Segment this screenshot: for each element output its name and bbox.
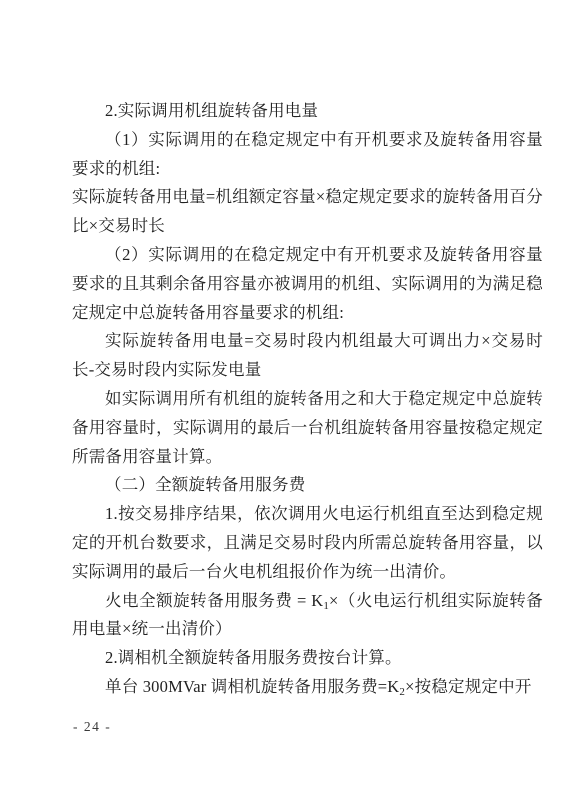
text-run: （二）全额旋转备用服务费 <box>105 475 305 494</box>
paragraph-formula-condenser-300mvar-fee: 单台 300MVar 调相机旋转备用服务费=K2×按稳定规定中开 <box>72 673 543 702</box>
text-run: 2.实际调用机组旋转备用电量 <box>105 101 318 120</box>
paragraph-formula-reserve-energy-max-adjustable-output: 实际旋转备用电量=交易时段内机组最大可调出力×交易时长-交易时段内实际发电量 <box>72 327 543 385</box>
page-number: - 24 - <box>73 717 111 737</box>
document-page: 2.实际调用机组旋转备用电量（1）实际调用的在稳定规定中有开机要求及旋转备用容量… <box>0 0 566 800</box>
paragraph-formula-thermal-full-reserve-fee: 火电全额旋转备用服务费 = K1×（火电运行机组实际旋转备用电量×统一出清价） <box>72 587 543 645</box>
text-run: 实际旋转备用电量=机组额定容量×稳定规定要求的旋转备用百分比×交易时长 <box>72 187 543 235</box>
text-run: ×按稳定规定中开 <box>405 677 531 696</box>
text-run: （1）实际调用的在稳定规定中有开机要求及旋转备用容量要求的机组: <box>72 130 543 178</box>
paragraph-clause-1-units-with-startup-requirement: （1）实际调用的在稳定规定中有开机要求及旋转备用容量要求的机组: <box>72 126 543 184</box>
paragraph-para-last-unit-reserve-rule: 如实际调用所有机组的旋转备用之和大于稳定规定中总旋转备用容量时，实际调用的最后一… <box>72 385 543 471</box>
text-run: 单台 300MVar 调相机旋转备用服务费=K <box>105 677 399 696</box>
page-body: 2.实际调用机组旋转备用电量（1）实际调用的在稳定规定中有开机要求及旋转备用容量… <box>72 97 543 702</box>
paragraph-item-1-thermal-dispatch-order: 1.按交易排序结果，依次调用火电运行机组直至达到稳定规定的开机台数要求，且满足交… <box>72 500 543 586</box>
text-run: 2.调相机全额旋转备用服务费按台计算。 <box>105 648 402 667</box>
text-run: 1.按交易排序结果，依次调用火电运行机组直至达到稳定规定的开机台数要求，且满足交… <box>72 504 543 581</box>
paragraph-item-2-condenser-fee-per-unit: 2.调相机全额旋转备用服务费按台计算。 <box>72 644 543 673</box>
text-run: 实际旋转备用电量=交易时段内机组最大可调出力×交易时长-交易时段内实际发电量 <box>72 331 543 379</box>
paragraph-section-2-full-spinning-reserve-fee-heading: （二）全额旋转备用服务费 <box>72 471 543 500</box>
text-run: 火电全额旋转备用服务费 = K <box>105 591 323 610</box>
text-run: （2）实际调用的在稳定规定中有开机要求及旋转备用容量要求的且其剩余备用容量亦被调… <box>72 245 543 322</box>
paragraph-formula-reserve-energy-rated-capacity: 实际旋转备用电量=机组额定容量×稳定规定要求的旋转备用百分比×交易时长 <box>72 183 543 241</box>
paragraph-item-2-spinning-reserve-energy-heading: 2.实际调用机组旋转备用电量 <box>72 97 543 126</box>
text-run: 如实际调用所有机组的旋转备用之和大于稳定规定中总旋转备用容量时，实际调用的最后一… <box>72 389 543 466</box>
paragraph-clause-2-units-with-remaining-reserve: （2）实际调用的在稳定规定中有开机要求及旋转备用容量要求的且其剩余备用容量亦被调… <box>72 241 543 327</box>
